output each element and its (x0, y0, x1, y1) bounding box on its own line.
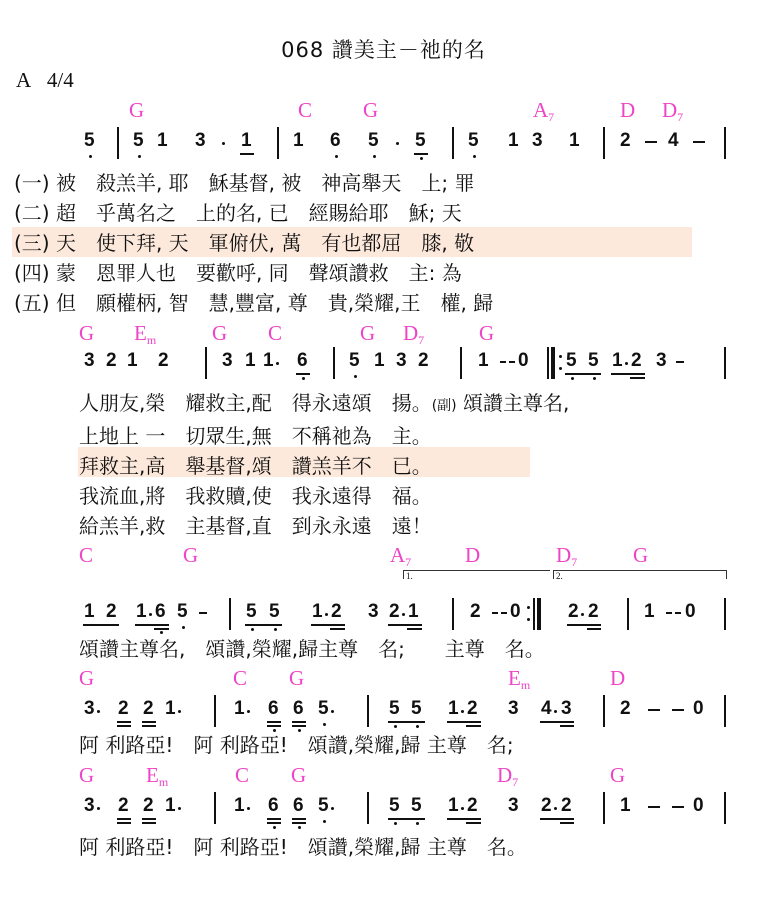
verse-3-line: 拜救主,高 舉基督,頌 讚羔羊不 已。 (79, 451, 569, 481)
chord: D7 (497, 763, 518, 790)
chord: D (610, 666, 625, 691)
refrain-label: (副) (432, 398, 457, 414)
chord: G (79, 666, 94, 691)
chord: G (363, 98, 378, 123)
chord: C (233, 666, 247, 691)
chord: G (291, 763, 306, 788)
chord: G (610, 763, 625, 788)
refrain-lyrics-line-2: 阿 利路亞! 阿 利路亞! 頌讚,榮耀,歸 主尊 名; (79, 730, 514, 760)
chord: G (289, 666, 304, 691)
volta-1: 1. (403, 570, 550, 579)
song-title: 068 讚美主－祂的名 (0, 34, 767, 64)
chord: D (465, 543, 480, 568)
verse-1-line: 人朋友,榮 耀救主,配 得永遠頌 揚。(副) 頌讚主尊名, (79, 388, 569, 421)
chord: A7 (533, 98, 554, 125)
chord: Em (508, 666, 530, 693)
chord: Em (146, 763, 168, 790)
chord: G (129, 98, 144, 123)
chord: G (79, 321, 94, 346)
chord: D (620, 98, 635, 123)
chord: G (479, 321, 494, 346)
refrain-lyrics-line-1: 頌讚主尊名, 頌讚,榮耀,歸主尊 名; 主尊 名。 (79, 634, 545, 664)
verse-4-line: (四) 蒙 恩罪人也 要歡呼, 同 聲頌讚救 主: 為 (14, 258, 493, 288)
chord: D7 (662, 98, 683, 125)
chord: C (235, 763, 249, 788)
chord: D7 (556, 543, 577, 570)
verse-1-line: (一) 被 殺羔羊, 耶 穌基督, 被 神高舉天 上; 罪 (14, 168, 493, 198)
volta-2: 2. (553, 570, 727, 579)
chord: G (212, 321, 227, 346)
chord: G (633, 543, 648, 568)
verse-5-line: 給羔羊,救 主基督,直 到永永遠 遠！ (79, 511, 569, 541)
verse-5-line: (五) 但 願權柄, 智 慧,豐富, 尊 貴,榮耀,王 權, 歸 (14, 288, 493, 318)
verse-2-line: 上地上 一 切眾生,無 不稱祂為 主。 (79, 421, 569, 451)
chord: C (298, 98, 312, 123)
refrain-lyrics-line-3: 阿 利路亞! 阿 利路亞! 頌讚,榮耀,歸 主尊 名。 (79, 832, 527, 862)
verse-2-line: (二) 超 乎萬名之 上的名, 已 經賜給耶 穌; 天 (14, 198, 493, 228)
chord: C (79, 543, 93, 568)
key-signature: A 4/4 (16, 68, 74, 93)
chord: G (79, 763, 94, 788)
chord: Em (134, 321, 156, 348)
verse-3-line: (三) 天 使下拜, 天 軍俯伏, 萬 有也都屈 膝, 敬 (14, 228, 493, 258)
verse-lyrics-block-1: (一) 被 殺羔羊, 耶 穌基督, 被 神高舉天 上; 罪 (二) 超 乎萬名之… (14, 168, 493, 318)
chord: G (183, 543, 198, 568)
verse-4-line: 我流血,將 我救贖,使 我永遠得 福。 (79, 481, 569, 511)
chord: C (268, 321, 282, 346)
chord: A7 (390, 543, 411, 570)
refrain-lyric: 頌讚主尊名, (463, 391, 569, 415)
chord: G (360, 321, 375, 346)
verse-lyrics-block-2: 人朋友,榮 耀救主,配 得永遠頌 揚。(副) 頌讚主尊名, 上地上 一 切眾生,… (79, 388, 569, 541)
chord: D7 (403, 321, 424, 348)
